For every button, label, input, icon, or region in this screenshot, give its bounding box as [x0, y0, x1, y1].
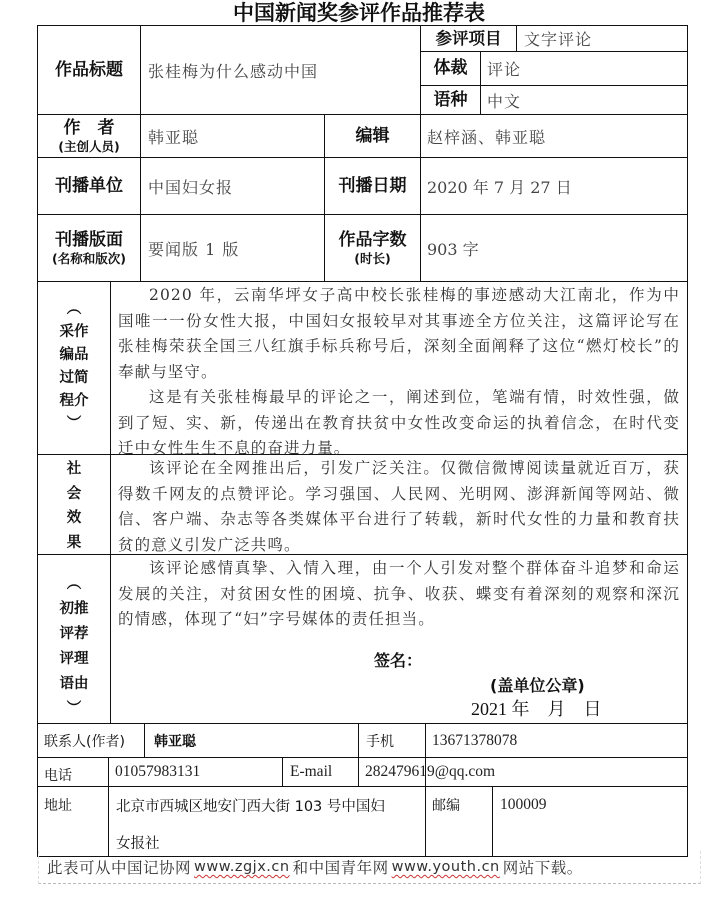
- link-youth[interactable]: www.youth.cn: [392, 859, 500, 875]
- grid-line: [420, 114, 421, 281]
- editor-label: 编辑: [325, 115, 420, 157]
- process-text: 2020 年，云南华坪女子高中校长张桂梅的事迹感动大江南北，作为中国唯一一份女性…: [118, 283, 680, 462]
- label-line: 果: [38, 531, 110, 556]
- label-line: 过简: [38, 367, 110, 390]
- publish-unit-label: 刊播单位: [38, 158, 140, 214]
- label-line: 语由: [38, 672, 110, 697]
- grid-line: [144, 723, 145, 757]
- contact-value: 韩亚聪: [154, 724, 196, 757]
- words-label-cell: 作品字数 (时长): [325, 215, 420, 281]
- label-line: 初推: [38, 597, 110, 622]
- genre-value: 评论: [487, 52, 677, 85]
- label-line: 编品: [38, 344, 110, 367]
- label-line: ︵: [38, 572, 110, 597]
- recommend-label: ︵ 初推 评荐 评理 语由 ︶: [38, 572, 110, 722]
- category-value: 文字评论: [524, 26, 684, 51]
- grid-line: [140, 25, 141, 281]
- editor-value: 赵梓涵、韩亚聪: [427, 115, 682, 157]
- work-title-label: 作品标题: [38, 26, 140, 114]
- language-label: 语种: [421, 86, 480, 114]
- download-note-middle: 和中国青年网: [293, 856, 389, 878]
- grid-line: [37, 723, 688, 724]
- grid-line: [492, 786, 493, 856]
- grid-line: [516, 25, 517, 51]
- email-label: E-mail: [290, 758, 332, 786]
- words-label: 作品字数: [339, 230, 407, 250]
- process-paragraph: 2020 年，云南华坪女子高中校长张桂梅的事迹感动大江南北，作为中国唯一一份女性…: [118, 283, 680, 385]
- category-label: 参评项目: [421, 26, 516, 51]
- author-sublabel: (主创人员): [58, 139, 119, 154]
- address-label: 地址: [44, 793, 72, 817]
- phone-value: 01057983131: [115, 758, 200, 786]
- mobile-label: 手机: [366, 724, 394, 757]
- email-value: 282479619@qq.com: [365, 758, 495, 786]
- grid-line: [480, 51, 481, 114]
- label-line: 采作: [38, 321, 110, 344]
- label-line: 评荐: [38, 622, 110, 647]
- download-note: 此表可从中国记协网 www.zgjx.cn 和中国青年网 www.youth.c…: [38, 851, 701, 884]
- page-sublabel: (名称和版次): [52, 251, 126, 266]
- link-zgjx[interactable]: www.zgjx.cn: [194, 859, 290, 875]
- signature-label: 签名：: [374, 648, 422, 671]
- author-label: 作 者: [64, 118, 115, 138]
- words-value: 903 字: [427, 215, 682, 281]
- grid-line: [425, 723, 426, 856]
- document-title: 中国新闻奖参评作品推荐表: [0, 0, 718, 26]
- label-line: 社: [38, 457, 110, 482]
- author-label-cell: 作 者 (主创人员): [38, 115, 140, 157]
- grid-line: [37, 786, 688, 787]
- mobile-value: 13671378078: [432, 724, 517, 757]
- language-value: 中文: [487, 86, 677, 114]
- effect-text: 该评论在全网推出后，引发广泛关注。仅微信微博阅读量就近百万，获得数千网友的点赞评…: [118, 456, 680, 558]
- publish-unit-value: 中国妇女报: [148, 158, 318, 214]
- work-title-value: 张桂梅为什么感动中国: [148, 26, 418, 114]
- label-line: 效: [38, 506, 110, 531]
- words-sublabel: (时长): [354, 251, 390, 266]
- grid-line: [110, 281, 111, 723]
- postcode-value: 100009: [500, 793, 547, 817]
- postcode-label: 邮编: [432, 793, 460, 817]
- download-note-suffix: 网站下载。: [503, 856, 583, 878]
- signature-date: 2021 年 月 日: [471, 695, 602, 721]
- address-line-1: 北京市西城区地安门西大街 103 号中国妇: [116, 793, 385, 817]
- label-line: ︵: [38, 298, 110, 321]
- effect-paragraph: 该评论在全网推出后，引发广泛关注。仅微信微博阅读量就近百万，获得数千网友的点赞评…: [118, 456, 680, 558]
- grid-line: [282, 757, 283, 786]
- label-line: 评理: [38, 647, 110, 672]
- label-line: 会: [38, 482, 110, 507]
- download-note-prefix: 此表可从中国记协网: [47, 856, 191, 878]
- grid-line: [358, 723, 359, 786]
- contact-label: 联系人(作者): [44, 724, 125, 757]
- author-value: 韩亚聪: [148, 115, 318, 157]
- grid-line: [108, 757, 109, 856]
- label-line: ︶: [38, 413, 110, 436]
- label-line: 程介: [38, 390, 110, 413]
- recommend-paragraph: 该评论感情真挚、入情入理，由一个人引发对整个群体奋斗追梦和命运发展的关注，对贫困…: [118, 556, 680, 633]
- publish-date-label: 刊播日期: [325, 158, 420, 214]
- page-label-cell: 刊播版面 (名称和版次): [38, 215, 140, 281]
- grid-line: [37, 281, 688, 282]
- seal-label: (盖单位公章): [490, 673, 585, 696]
- phone-label: 电话: [44, 760, 72, 789]
- process-label: ︵ 采作 编品 过简 程介 ︶: [38, 298, 110, 436]
- effect-label: 社 会 效 果: [38, 457, 110, 555]
- process-paragraph: 这是有关张桂梅最早的评论之一，阐述到位，笔端有情，时效性强，做到了短、实、新，传…: [118, 385, 680, 462]
- publish-date-value: 2020 年 7 月 27 日: [427, 158, 682, 214]
- table-border-right: [687, 25, 688, 856]
- page-label: 刊播版面: [55, 230, 123, 250]
- genre-label: 体裁: [421, 52, 480, 85]
- recommend-text: 该评论感情真挚、入情入理，由一个人引发对整个群体奋斗追梦和命运发展的关注，对贫困…: [118, 556, 680, 633]
- label-line: ︶: [38, 697, 110, 722]
- page-value: 要闻版 1 版: [148, 215, 318, 281]
